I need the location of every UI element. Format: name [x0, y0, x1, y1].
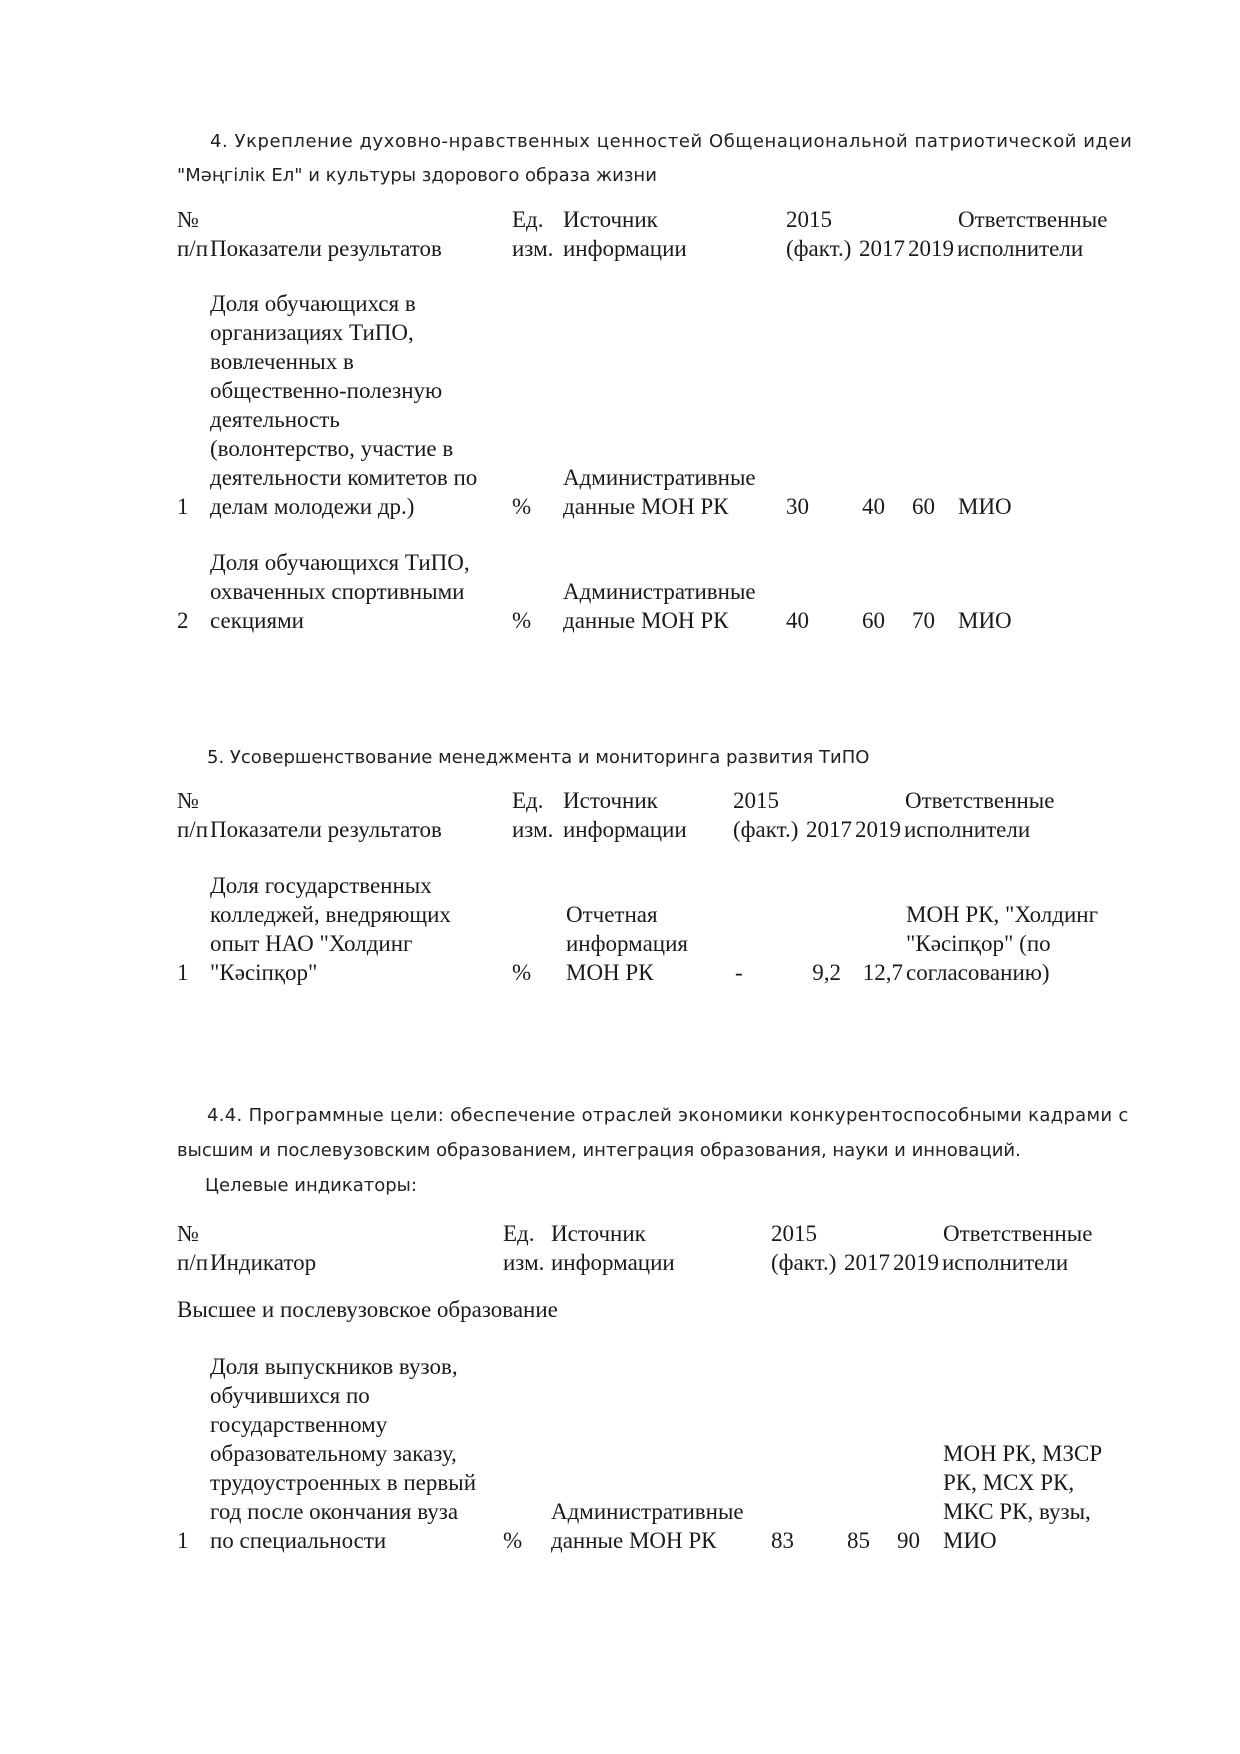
row-indicator-line: Доля обучающихся ТиПО, — [210, 548, 470, 577]
row-responsible-line: МКС РК, вузы, — [943, 1497, 1091, 1526]
row-indicator-line: образовательному заказу, — [210, 1439, 457, 1468]
section4-header-unit-line2: изм. — [512, 234, 553, 263]
row-value-2017: 9,2 — [780, 958, 841, 987]
row-source-line: Отчетная — [566, 900, 658, 929]
row-indicator-line: делам молодежи др.) — [210, 492, 414, 521]
row-value-2015: 40 — [786, 606, 809, 635]
section44-header-unit-line2: изм. — [503, 1248, 544, 1277]
section4-header-2015-line1: 2015 — [786, 205, 832, 234]
row-source-line: Административные — [563, 577, 756, 606]
row-responsible-line: согласованию) — [906, 958, 1050, 987]
row-indicator-line: колледжей, внедряющих — [210, 900, 451, 929]
section44-heading-line1: 4.4. Программные цели: обеспечение отрас… — [207, 1098, 1129, 1134]
row-value-2017: 60 — [840, 606, 885, 635]
row-value-2015: - — [735, 958, 743, 987]
section4-header-unit-line1: Ед. — [512, 205, 544, 234]
section44-header-source-line2: информации — [551, 1248, 675, 1277]
row-unit: % — [512, 606, 531, 635]
row-value-2015: 30 — [786, 492, 809, 521]
section4-header-no-line2: п/п — [177, 234, 208, 263]
row-indicator-line: Доля обучающихся в — [210, 289, 416, 318]
row-source-line: данные МОН РК — [551, 1526, 717, 1555]
row-source-line: МОН РК — [566, 958, 654, 987]
row-value-2017: 85 — [825, 1526, 870, 1555]
section4-header-source-line1: Источник — [563, 205, 658, 234]
section44-header-unit-line1: Ед. — [503, 1219, 535, 1248]
row-number: 1 — [177, 1526, 189, 1555]
section44-header-indicator: Индикатор — [210, 1248, 316, 1277]
row-value-2019: 60 — [890, 492, 935, 521]
section44-header-source-line1: Источник — [551, 1219, 646, 1248]
row-number: 1 — [177, 958, 189, 987]
section5-header-unit-line1: Ед. — [512, 786, 544, 815]
row-indicator-line: охваченных спортивными — [210, 577, 464, 606]
section44-header-2019: 2019 — [893, 1248, 939, 1277]
row-value-2017: 40 — [840, 492, 885, 521]
section4-heading-line2: "Мәңгілік Ел" и культуры здорового образ… — [177, 158, 657, 194]
section5-header-source-line2: информации — [563, 815, 687, 844]
section44-header-no-line1: № — [177, 1219, 199, 1248]
row-indicator-line: общественно-полезную — [210, 376, 442, 405]
section5-header-unit-line2: изм. — [512, 815, 553, 844]
row-indicator-line: Доля государственных — [210, 871, 432, 900]
section5-header-2019: 2019 — [855, 815, 901, 844]
section44-header-no-line2: п/п — [177, 1248, 208, 1277]
section4-header-2015-line2: (факт.) — [786, 234, 851, 263]
row-responsible-line: РК, МСХ РК, — [943, 1468, 1074, 1497]
section44-heading-line2: высшим и послевузовским образованием, ин… — [177, 1133, 1021, 1169]
section4-header-2017: 2017 — [859, 234, 905, 263]
section44-header-2015-line1: 2015 — [771, 1219, 817, 1248]
row-source-line: данные МОН РК — [563, 606, 729, 635]
row-number: 1 — [177, 492, 189, 521]
row-indicator-line: государственному — [210, 1410, 387, 1439]
section4-heading-line1: 4. Укрепление духовно-нравственных ценно… — [210, 124, 1132, 160]
section4-header-indicator: Показатели результатов — [210, 234, 442, 263]
section5-header-resp-line2: исполнители — [904, 815, 1030, 844]
section5-header-2017: 2017 — [806, 815, 852, 844]
row-indicator-line: деятельность — [210, 405, 340, 434]
row-source-line: Административные — [551, 1497, 744, 1526]
row-value-2015: 83 — [771, 1526, 794, 1555]
section5-header-no-line1: № — [177, 786, 199, 815]
row-responsible-line: МИО — [958, 606, 1012, 635]
section5-header-source-line1: Источник — [563, 786, 658, 815]
row-indicator-line: трудоустроенных в первый — [210, 1468, 476, 1497]
section5-header-resp-line1: Ответственные — [905, 786, 1054, 815]
section4-header-resp-line1: Ответственные — [958, 205, 1107, 234]
section4-header-no-line1: № — [177, 205, 199, 234]
row-responsible-line: "Кәсіпқор" (по — [906, 929, 1051, 958]
row-indicator-line: обучившихся по — [210, 1381, 370, 1410]
section4-header-2019: 2019 — [908, 234, 954, 263]
section44-header-2017: 2017 — [844, 1248, 890, 1277]
row-source-line: информация — [566, 929, 688, 958]
row-indicator-line: секциями — [210, 606, 304, 635]
row-responsible-line: МОН РК, МЗСР — [943, 1439, 1102, 1468]
row-value-2019: 12,7 — [848, 958, 903, 987]
row-number: 2 — [177, 606, 189, 635]
section5-header-indicator: Показатели результатов — [210, 815, 442, 844]
row-indicator-line: Доля выпускников вузов, — [210, 1352, 458, 1381]
row-source-line: Административные — [563, 463, 756, 492]
row-value-2019: 70 — [890, 606, 935, 635]
row-indicator-line: вовлеченных в — [210, 347, 354, 376]
section44-header-resp-line2: исполнители — [942, 1248, 1068, 1277]
row-indicator-line: год после окончания вуза — [210, 1497, 458, 1526]
row-indicator-line: организациях ТиПО, — [210, 318, 414, 347]
row-indicator-line: "Кәсіпқор" — [210, 958, 317, 987]
row-indicator-line: опыт НАО "Холдинг — [210, 929, 412, 958]
section5-header-no-line2: п/п — [177, 815, 208, 844]
row-source-line: данные МОН РК — [563, 492, 729, 521]
row-unit: % — [512, 492, 531, 521]
row-indicator-line: по специальности — [210, 1526, 386, 1555]
row-unit: % — [503, 1526, 522, 1555]
row-indicator-line: деятельности комитетов по — [210, 463, 477, 492]
section5-header-2015-line2: (факт.) — [733, 815, 798, 844]
section44-subheading: Целевые индикаторы: — [205, 1168, 417, 1204]
section44-group-label: Высшее и послевузовское образование — [177, 1295, 558, 1324]
row-responsible-line: МИО — [958, 492, 1012, 521]
section5-header-2015-line1: 2015 — [733, 786, 779, 815]
row-unit: % — [512, 958, 531, 987]
section4-header-source-line2: информации — [563, 234, 687, 263]
section44-header-resp-line1: Ответственные — [943, 1219, 1092, 1248]
row-responsible-line: МОН РК, "Холдинг — [906, 900, 1098, 929]
row-value-2019: 90 — [875, 1526, 920, 1555]
section44-header-2015-line2: (факт.) — [771, 1248, 836, 1277]
section4-header-resp-line2: исполнители — [957, 234, 1083, 263]
row-responsible-line: МИО — [943, 1526, 997, 1555]
section5-heading: 5. Усовершенствование менеджмента и мони… — [207, 740, 869, 776]
row-indicator-line: (волонтерство, участие в — [210, 434, 453, 463]
